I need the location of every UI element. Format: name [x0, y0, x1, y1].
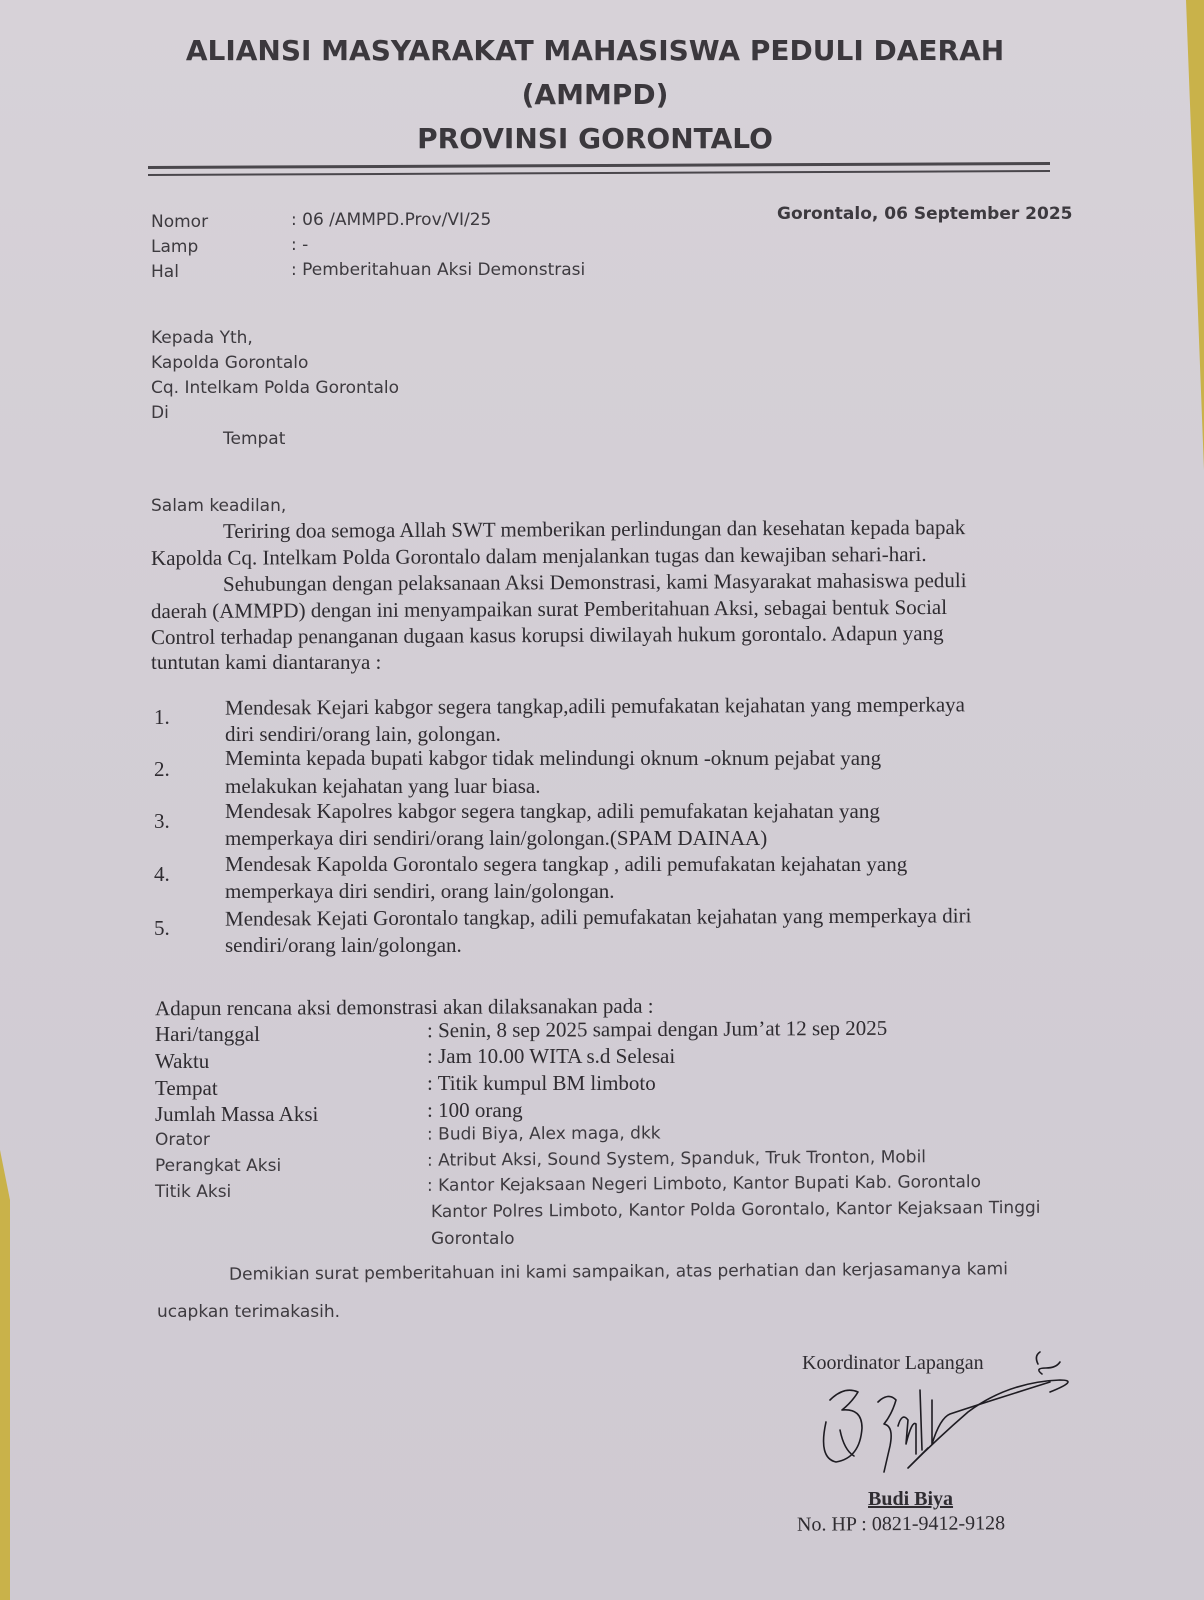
list-text: memperkaya diri sendiri, orang lain/golo… — [225, 878, 615, 905]
list-text: memperkaya diri sendiri/orang lain/golon… — [225, 825, 767, 852]
plan-value-continued: Gorontalo — [431, 1229, 515, 1249]
list-text: melakukan kejahatan yang luar biasa. — [225, 773, 540, 800]
list-text: Mendesak Kejari kabgor segera tangkap,ad… — [225, 691, 965, 721]
letterhead-abbreviation: (AMMPD) — [0, 78, 1190, 111]
plan-label: Hari/tanggal — [155, 1021, 260, 1048]
plan-value: : Senin, 8 sep 2025 sampai dengan Jum’at… — [427, 1015, 887, 1044]
list-text: diri sendiri/orang lain, golongan. — [225, 721, 501, 748]
list-number: 2. — [154, 757, 170, 782]
list-number: 1. — [154, 705, 170, 730]
list-number: 5. — [154, 916, 170, 941]
plan-value: : Atribut Aksi, Sound System, Spanduk, T… — [427, 1147, 926, 1170]
plan-value: : Titik kumpul BM limboto — [427, 1070, 656, 1097]
plan-value: : 100 orang — [427, 1097, 523, 1124]
meta-label-hal: Hal — [151, 262, 179, 282]
list-text: Mendesak Kapolres kabgor segera tangkap,… — [225, 798, 880, 825]
recipient-place: Tempat — [223, 429, 285, 449]
letterhead-org-name: ALIANSI MASYARAKAT MAHASISWA PEDULI DAER… — [0, 34, 1190, 67]
paragraph-1-line-1: Teriring doa semoga Allah SWT memberikan… — [223, 514, 965, 544]
plan-label: Jumlah Massa Aksi — [155, 1101, 318, 1128]
plan-value: : Budi Biya, Alex maga, dkk — [427, 1123, 661, 1144]
list-text: Meminta kepada bupati kabgor tidak melin… — [225, 745, 881, 772]
meta-label-nomor: Nomor — [151, 212, 208, 232]
plan-value: : Jam 10.00 WITA s.d Selesai — [427, 1043, 675, 1070]
list-text: sendiri/orang lain/golongan. — [225, 932, 462, 959]
letterhead-province: PROVINSI GORONTALO — [0, 122, 1190, 155]
recipient-salutation: Kepada Yth, — [151, 328, 253, 348]
plan-value: : Kantor Kejaksaan Negeri Limboto, Kanto… — [427, 1172, 981, 1196]
recipient-di: Di — [151, 403, 169, 423]
paragraph-2-line-3: Control terhadap penanganan dugaan kasus… — [151, 620, 944, 651]
plan-value-continued: Kantor Polres Limboto, Kantor Polda Goro… — [431, 1198, 1041, 1222]
place-date: Gorontalo, 06 September 2025 — [777, 204, 1072, 224]
plan-label: Waktu — [155, 1048, 209, 1075]
meta-label-lamp: Lamp — [151, 237, 198, 257]
recipient-cq: Cq. Intelkam Polda Gorontalo — [151, 378, 399, 398]
paragraph-2-line-4: tuntutan kami diantaranya : — [151, 649, 381, 676]
meta-value-nomor: : 06 /AMMPD.Prov/VI/25 — [291, 210, 491, 230]
paragraph-2-line-1: Sehubungan dengan pelaksanaan Aksi Demon… — [223, 567, 967, 597]
recipient-name: Kapolda Gorontalo — [151, 353, 308, 373]
plan-label: Titik Aksi — [155, 1182, 231, 1202]
signatory-name: Budi Biya — [868, 1488, 953, 1511]
signatory-phone: No. HP : 0821-9412-9128 — [797, 1512, 1005, 1536]
plan-label: Tempat — [155, 1075, 218, 1102]
list-number: 3. — [154, 809, 170, 834]
meta-value-hal: : Pemberitahuan Aksi Demonstrasi — [291, 260, 585, 280]
list-number: 4. — [154, 862, 170, 887]
greeting: Salam keadilan, — [151, 496, 286, 516]
meta-value-lamp: : - — [291, 235, 308, 255]
list-text: Mendesak Kejati Gorontalo tangkap, adili… — [225, 902, 972, 932]
closing-line-2: ucapkan terimakasih. — [157, 1302, 340, 1322]
plan-label: Orator — [155, 1130, 210, 1150]
list-text: Mendesak Kapolda Gorontalo segera tangka… — [225, 851, 907, 878]
handwritten-signature-icon — [820, 1330, 1180, 1510]
plan-label: Perangkat Aksi — [155, 1156, 281, 1176]
